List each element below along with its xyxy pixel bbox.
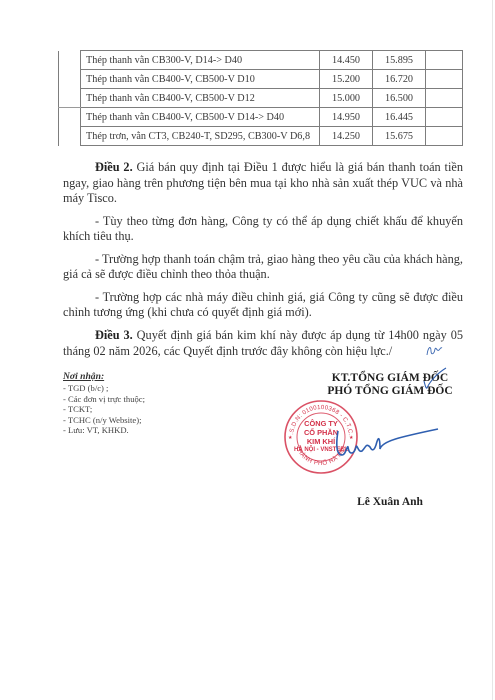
group-cell [59, 70, 81, 89]
note-cell [426, 108, 463, 127]
recipients-title: Nơi nhận: [63, 372, 145, 382]
initials-icon [393, 343, 443, 363]
note-cell [426, 70, 463, 89]
signature-line-2: PHÓ TỔNG GIÁM ĐỐC [300, 385, 480, 398]
product-name-cell: Thép thanh vằn CB300-V, D14-> D40 [81, 51, 320, 70]
page-edge [492, 0, 493, 700]
article-2-label: Điều 2. [95, 160, 133, 174]
price-vat-cell: 16.500 [373, 89, 426, 108]
group-cell [59, 127, 81, 146]
article-2: Điều 2. Giá bán quy định tại Điều 1 được… [63, 160, 463, 207]
bullet-late-payment: - Trường hợp thanh toán chậm trả, giao h… [63, 252, 463, 283]
table-row: Thép thanh vằn CB400-V, CB500-V D10 15.2… [59, 70, 463, 89]
product-name-cell: Thép thanh vằn CB400-V, CB500-V D10 [81, 70, 320, 89]
table-row: Thép thanh vằn CB300-V, D14-> D40 14.450… [59, 51, 463, 70]
price-vat-cell: 16.720 [373, 70, 426, 89]
document-body: Điều 2. Giá bán quy định tại Điều 1 được… [63, 160, 463, 370]
price-cell: 15.200 [320, 70, 373, 89]
product-name-cell: Thép thanh vằn CB400-V, CB500-V D12 [81, 89, 320, 108]
table-row: Thép thanh vằn CB400-V, CB500-V D14-> D4… [59, 108, 463, 127]
handwritten-signature-icon [330, 425, 440, 465]
bullet-discount: - Tùy theo từng đơn hàng, Công ty có thể… [63, 214, 463, 245]
note-cell [426, 127, 463, 146]
group-cell [59, 51, 81, 70]
recipients-list: Nơi nhận: - TGD (b/c) ; - Các đơn vị trự… [63, 372, 145, 435]
group-cell [59, 108, 81, 127]
signer-name: Lê Xuân Anh [300, 496, 480, 508]
product-name-cell: Thép trơn, vằn CT3, CB240-T, SD295, CB30… [81, 127, 320, 146]
group-cell [59, 89, 81, 108]
product-name-cell: Thép thanh vằn CB400-V, CB500-V D14-> D4… [81, 108, 320, 127]
price-table: Thép thanh vằn CB300-V, D14-> D40 14.450… [58, 50, 463, 146]
price-cell: 15.000 [320, 89, 373, 108]
price-vat-cell: 16.445 [373, 108, 426, 127]
article-3-label: Điều 3. [95, 328, 133, 342]
approval-tick-icon [422, 367, 448, 391]
price-cell: 14.450 [320, 51, 373, 70]
table-row: Thép trơn, vằn CT3, CB240-T, SD295, CB30… [59, 127, 463, 146]
signature-title: KT.TỔNG GIÁM ĐỐC PHÓ TỔNG GIÁM ĐỐC [300, 372, 480, 398]
recipient-item: - TCHC (n/y Website); [63, 415, 145, 425]
bullet-factory-adjustment: - Trường hợp các nhà máy điều chỉnh giá,… [63, 290, 463, 321]
table-row: Thép thanh vằn CB400-V, CB500-V D12 15.0… [59, 89, 463, 108]
recipient-item: - TCKT; [63, 404, 145, 414]
price-cell: 14.950 [320, 108, 373, 127]
article-3: Điều 3. Quyết định giá bán kim khí này đ… [63, 328, 463, 363]
recipient-item: - Các đơn vị trực thuộc; [63, 394, 145, 404]
signature-line-1: KT.TỔNG GIÁM ĐỐC [300, 372, 480, 385]
recipient-item: - Lưu: VT, KHKD. [63, 425, 145, 435]
price-vat-cell: 15.675 [373, 127, 426, 146]
recipient-item: - TGD (b/c) ; [63, 383, 145, 393]
price-cell: 14.250 [320, 127, 373, 146]
price-vat-cell: 15.895 [373, 51, 426, 70]
note-cell [426, 51, 463, 70]
note-cell [426, 89, 463, 108]
